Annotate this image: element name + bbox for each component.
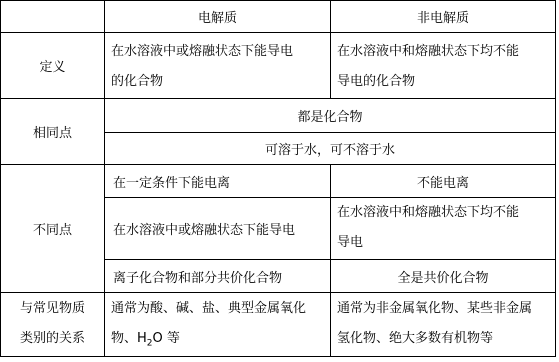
difference-ionization-non-electrolyte: 不能电离 <box>331 165 555 197</box>
comparison-table: 电解质 非电解质 定义 在水溶液中或熔融状态下能导电 的化合物 在水溶液中和熔融… <box>0 0 559 362</box>
similarity-line1: 都是化合物 <box>105 99 555 132</box>
relation-electrolyte: 通常为酸、碱、盐、典型金属氧化 物、H2O 等 <box>111 293 330 356</box>
row-label-similarity: 相同点 <box>1 99 104 164</box>
text-line: 与常见物质 <box>1 294 104 324</box>
text-line: 物、H2O 等 <box>111 324 330 359</box>
text-line: 导电 <box>337 228 555 258</box>
border-right <box>555 0 556 357</box>
header-electrolyte: 电解质 <box>105 1 330 32</box>
relation-non-electrolyte: 通常为非金属氧化物、某些非金属 氢化物、绝大多数有机物等 <box>337 293 555 356</box>
text-fragment: 物、H <box>111 331 147 346</box>
difference-conductivity-electrolyte: 在水溶液中或熔融状态下能导电 <box>105 198 330 259</box>
text-line: 氢化物、绝大多数有机物等 <box>337 324 555 354</box>
row-label-difference: 不同点 <box>1 165 104 292</box>
text-line: 在水溶液中和熔融状态下均不能 <box>337 198 555 228</box>
text-line: 的化合物 <box>111 67 330 97</box>
difference-ionization-electrolyte: 在一定条件下能电离 <box>105 165 330 197</box>
text-line: 类别的关系 <box>1 324 104 354</box>
text-line: 通常为酸、碱、盐、典型金属氧化 <box>111 294 330 324</box>
row-label-definition: 定义 <box>1 33 104 98</box>
text-line: 导电的化合物 <box>337 67 555 97</box>
definition-non-electrolyte: 在水溶液中和熔融状态下均不能 导电的化合物 <box>337 33 555 98</box>
difference-compound-type-non-electrolyte: 全是共价化合物 <box>331 260 555 292</box>
text-fragment: O 等 <box>153 331 180 346</box>
text-line: 在水溶液中和熔融状态下均不能 <box>337 37 555 67</box>
header-non-electrolyte: 非电解质 <box>331 1 555 32</box>
similarity-line2: 可溶于水，可不溶于水 <box>105 133 555 164</box>
text-line: 通常为非金属氧化物、某些非金属 <box>337 294 555 324</box>
difference-conductivity-non-electrolyte: 在水溶液中和熔融状态下均不能 导电 <box>337 198 555 259</box>
text-line: 在水溶液中或熔融状态下能导电 <box>111 37 330 67</box>
difference-compound-type-electrolyte: 离子化合物和部分共价化合物 <box>105 260 330 292</box>
definition-electrolyte: 在水溶液中或熔融状态下能导电 的化合物 <box>111 33 330 98</box>
row-label-relation: 与常见物质 类别的关系 <box>1 293 104 356</box>
